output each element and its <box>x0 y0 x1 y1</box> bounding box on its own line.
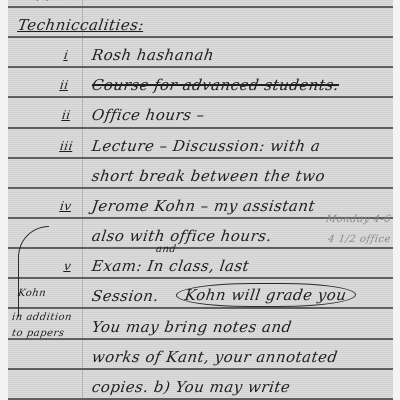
item-numeral: ii <box>59 78 70 92</box>
ruled-line <box>8 187 393 189</box>
margin-note-right: 4 1/2 office <box>327 234 391 245</box>
item-text: Exam: In class, last <box>91 257 251 275</box>
page-header-date: ?/?/?? 10 <box>31 0 81 3</box>
insertion-note: and <box>155 244 177 255</box>
item-numeral: ii <box>61 108 72 122</box>
item-text: Rosh hashanah <box>91 46 216 64</box>
ruled-line <box>8 368 393 370</box>
ruled-line <box>8 6 393 8</box>
margin-note-left: Kohn <box>17 288 47 299</box>
margin-note-left: in addition <box>11 312 73 323</box>
ruled-line <box>8 247 393 249</box>
ruled-line <box>8 127 393 129</box>
ruled-line <box>8 307 393 309</box>
item-numeral: i <box>63 48 69 62</box>
ruled-line <box>8 277 393 279</box>
margin-note-left: to papers <box>11 328 65 339</box>
item-numeral: v <box>63 259 72 273</box>
item-text: Lecture – Discussion: with a <box>91 137 322 155</box>
ruled-line <box>8 96 393 98</box>
item-text: also with office hours. <box>91 227 273 245</box>
margin-note-right: Monday 4-6 <box>325 214 392 225</box>
lined-paper-page: ?/?/?? 10 Techniccalities: i Rosh hashan… <box>8 0 393 400</box>
ruled-line <box>8 157 393 159</box>
item-text: You may bring notes and <box>91 318 293 336</box>
ruled-line <box>8 338 393 340</box>
item-text: Session. <box>91 287 160 305</box>
circled-note: Kohn will grade you <box>174 283 357 307</box>
item-text: Jerome Kohn – my assistant <box>91 197 317 215</box>
item-text: works of Kant, your annotated <box>91 348 339 366</box>
margin-line <box>82 0 83 400</box>
margin-bracket <box>18 226 49 317</box>
ruled-line <box>8 36 393 38</box>
item-text-struck: Course for advanced students. <box>91 76 341 94</box>
ruled-line <box>8 66 393 68</box>
item-text: copies. b) You may write <box>91 378 292 396</box>
item-text: Office hours – <box>91 106 206 124</box>
item-text: short break between the two <box>91 167 327 185</box>
item-numeral: iii <box>59 139 74 153</box>
item-numeral: iv <box>59 199 73 213</box>
heading: Techniccalities: <box>17 16 146 34</box>
